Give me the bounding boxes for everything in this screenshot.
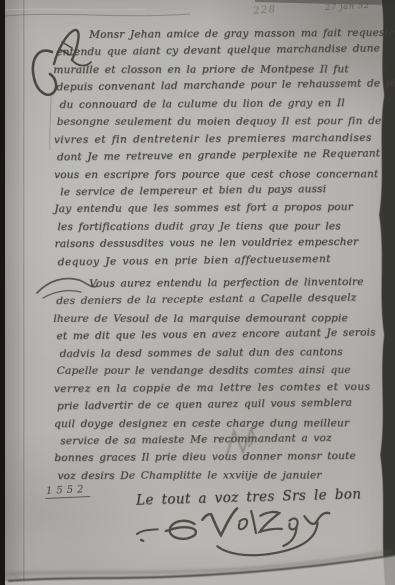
handwriting-line: Jay entendu que les sommes est fort a pr…	[54, 199, 395, 219]
handwriting-line: dont Je me retreuve en grande perplexite…	[54, 145, 395, 167]
paper-sheet: 228 27 jan 52 Monsr Jehan amice de gray …	[5, 0, 395, 585]
letter-paragraph-1: Monsr Jehan amice de gray masson ma fait…	[53, 25, 395, 272]
handwriting-line: du connouard de la culume du lion de gra…	[53, 94, 395, 114]
archival-page-number: 228	[253, 4, 277, 17]
handwriting-line: dadvis la desd sommes de salut dun des c…	[53, 343, 395, 363]
signature-flourish	[132, 496, 374, 574]
dateline-year: 1552	[45, 484, 91, 499]
handwriting-line: entendu que aiant cy devant quelque marc…	[53, 41, 395, 63]
handwriting-line: des deniers de la recepte estant a Capel…	[53, 290, 395, 312]
scanned-letter-page: 228 27 jan 52 Monsr Jehan amice de gray …	[0, 0, 395, 585]
handwriting-line: bonnes graces Il prie dieu vous donner m…	[54, 448, 395, 468]
handwriting-line: voz desirs De Champlitte le xxviije de j…	[54, 467, 395, 485]
handwriting-line: prie ladvertir de ce quen aurez quil vou…	[54, 394, 395, 416]
letter-paragraph-2: Vous aurez entendu la perfection de linv…	[53, 274, 395, 486]
handwriting-line: dequoy Je vous en prie bien affectueusem…	[55, 250, 395, 272]
